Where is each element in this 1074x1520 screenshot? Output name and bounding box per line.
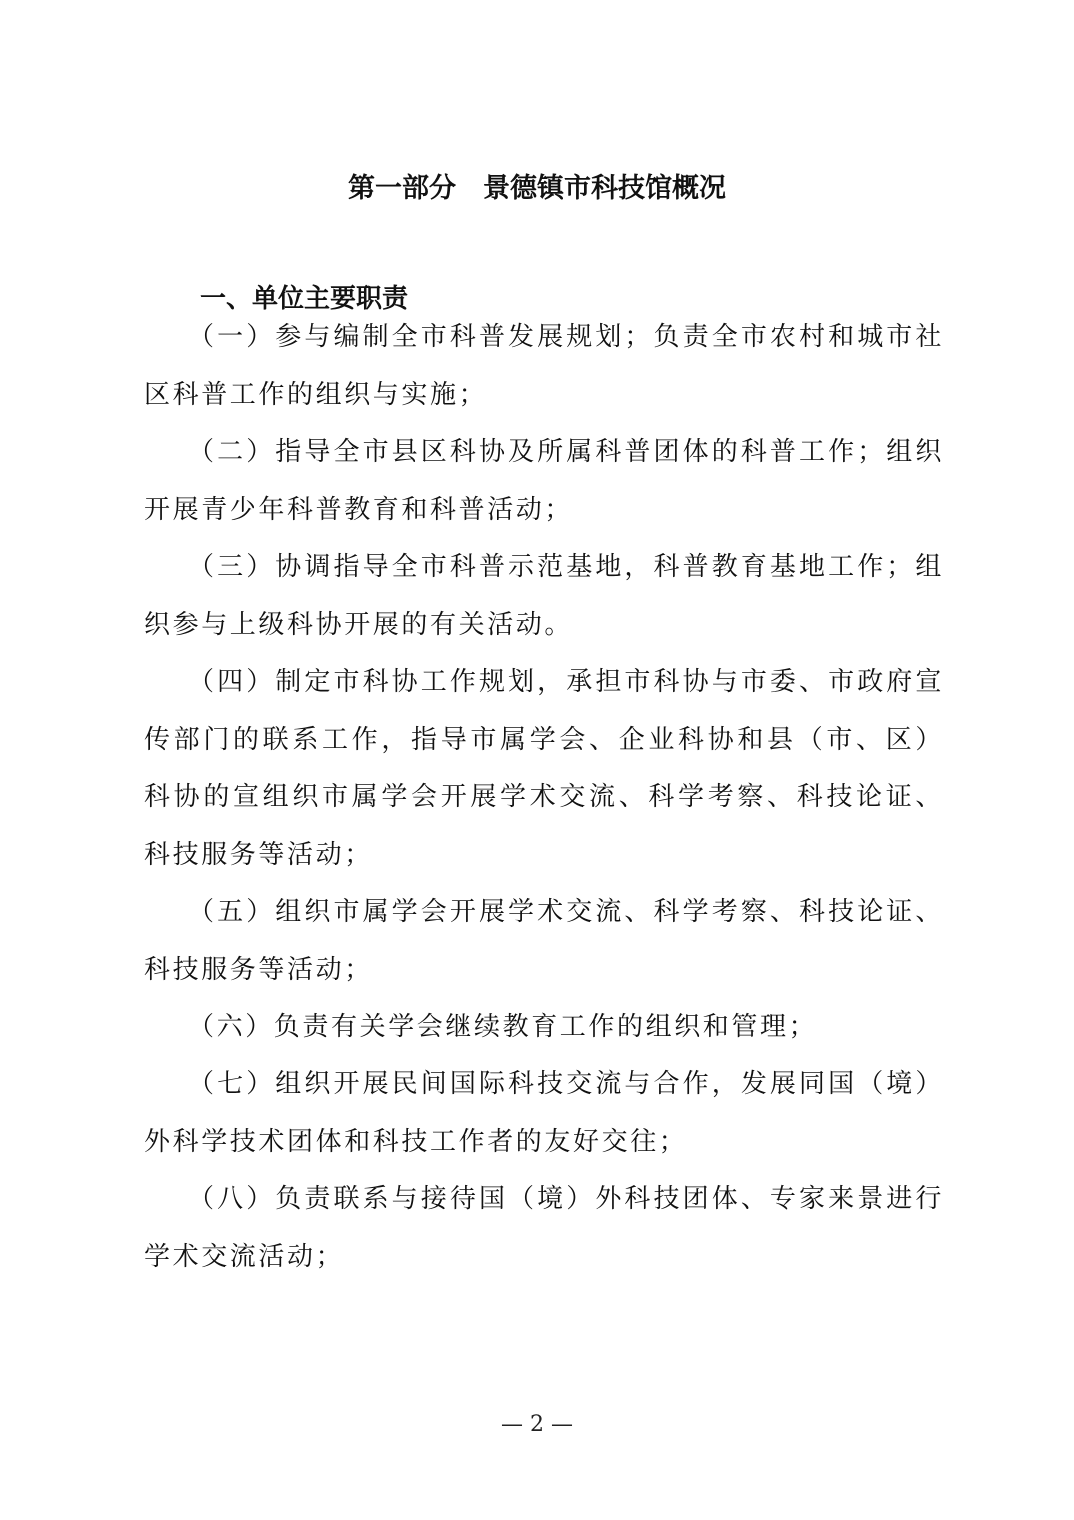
paragraph-3: （三）协调指导全市科普示范基地，科普教育基地工作；组织参与上级科协开展的有关活动…	[144, 539, 944, 654]
paragraph-5: （五）组织市属学会开展学术交流、科学考察、科技论证、科技服务等活动；	[144, 884, 944, 999]
paragraph-6: （六）负责有关学会继续教育工作的组织和管理；	[144, 999, 944, 1057]
page-number: — 2 —	[0, 1412, 1074, 1437]
paragraph-7: （七）组织开展民间国际科技交流与合作，发展同国（境）外科学技术团体和科技工作者的…	[144, 1056, 944, 1171]
paragraph-4: （四）制定市科协工作规划，承担市科协与市委、市政府宣传部门的联系工作，指导市属学…	[144, 654, 944, 884]
page-title: 第一部分 景德镇市科技馆概况	[0, 166, 1074, 205]
paragraph-2: （二）指导全市县区科协及所属科普团体的科普工作；组织开展青少年科普教育和科普活动…	[144, 424, 944, 539]
paragraph-1: （一）参与编制全市科普发展规划；负责全市农村和城市社区科普工作的组织与实施；	[144, 309, 944, 424]
paragraph-8: （八）负责联系与接待国（境）外科技团体、专家来景进行学术交流活动；	[144, 1171, 944, 1286]
